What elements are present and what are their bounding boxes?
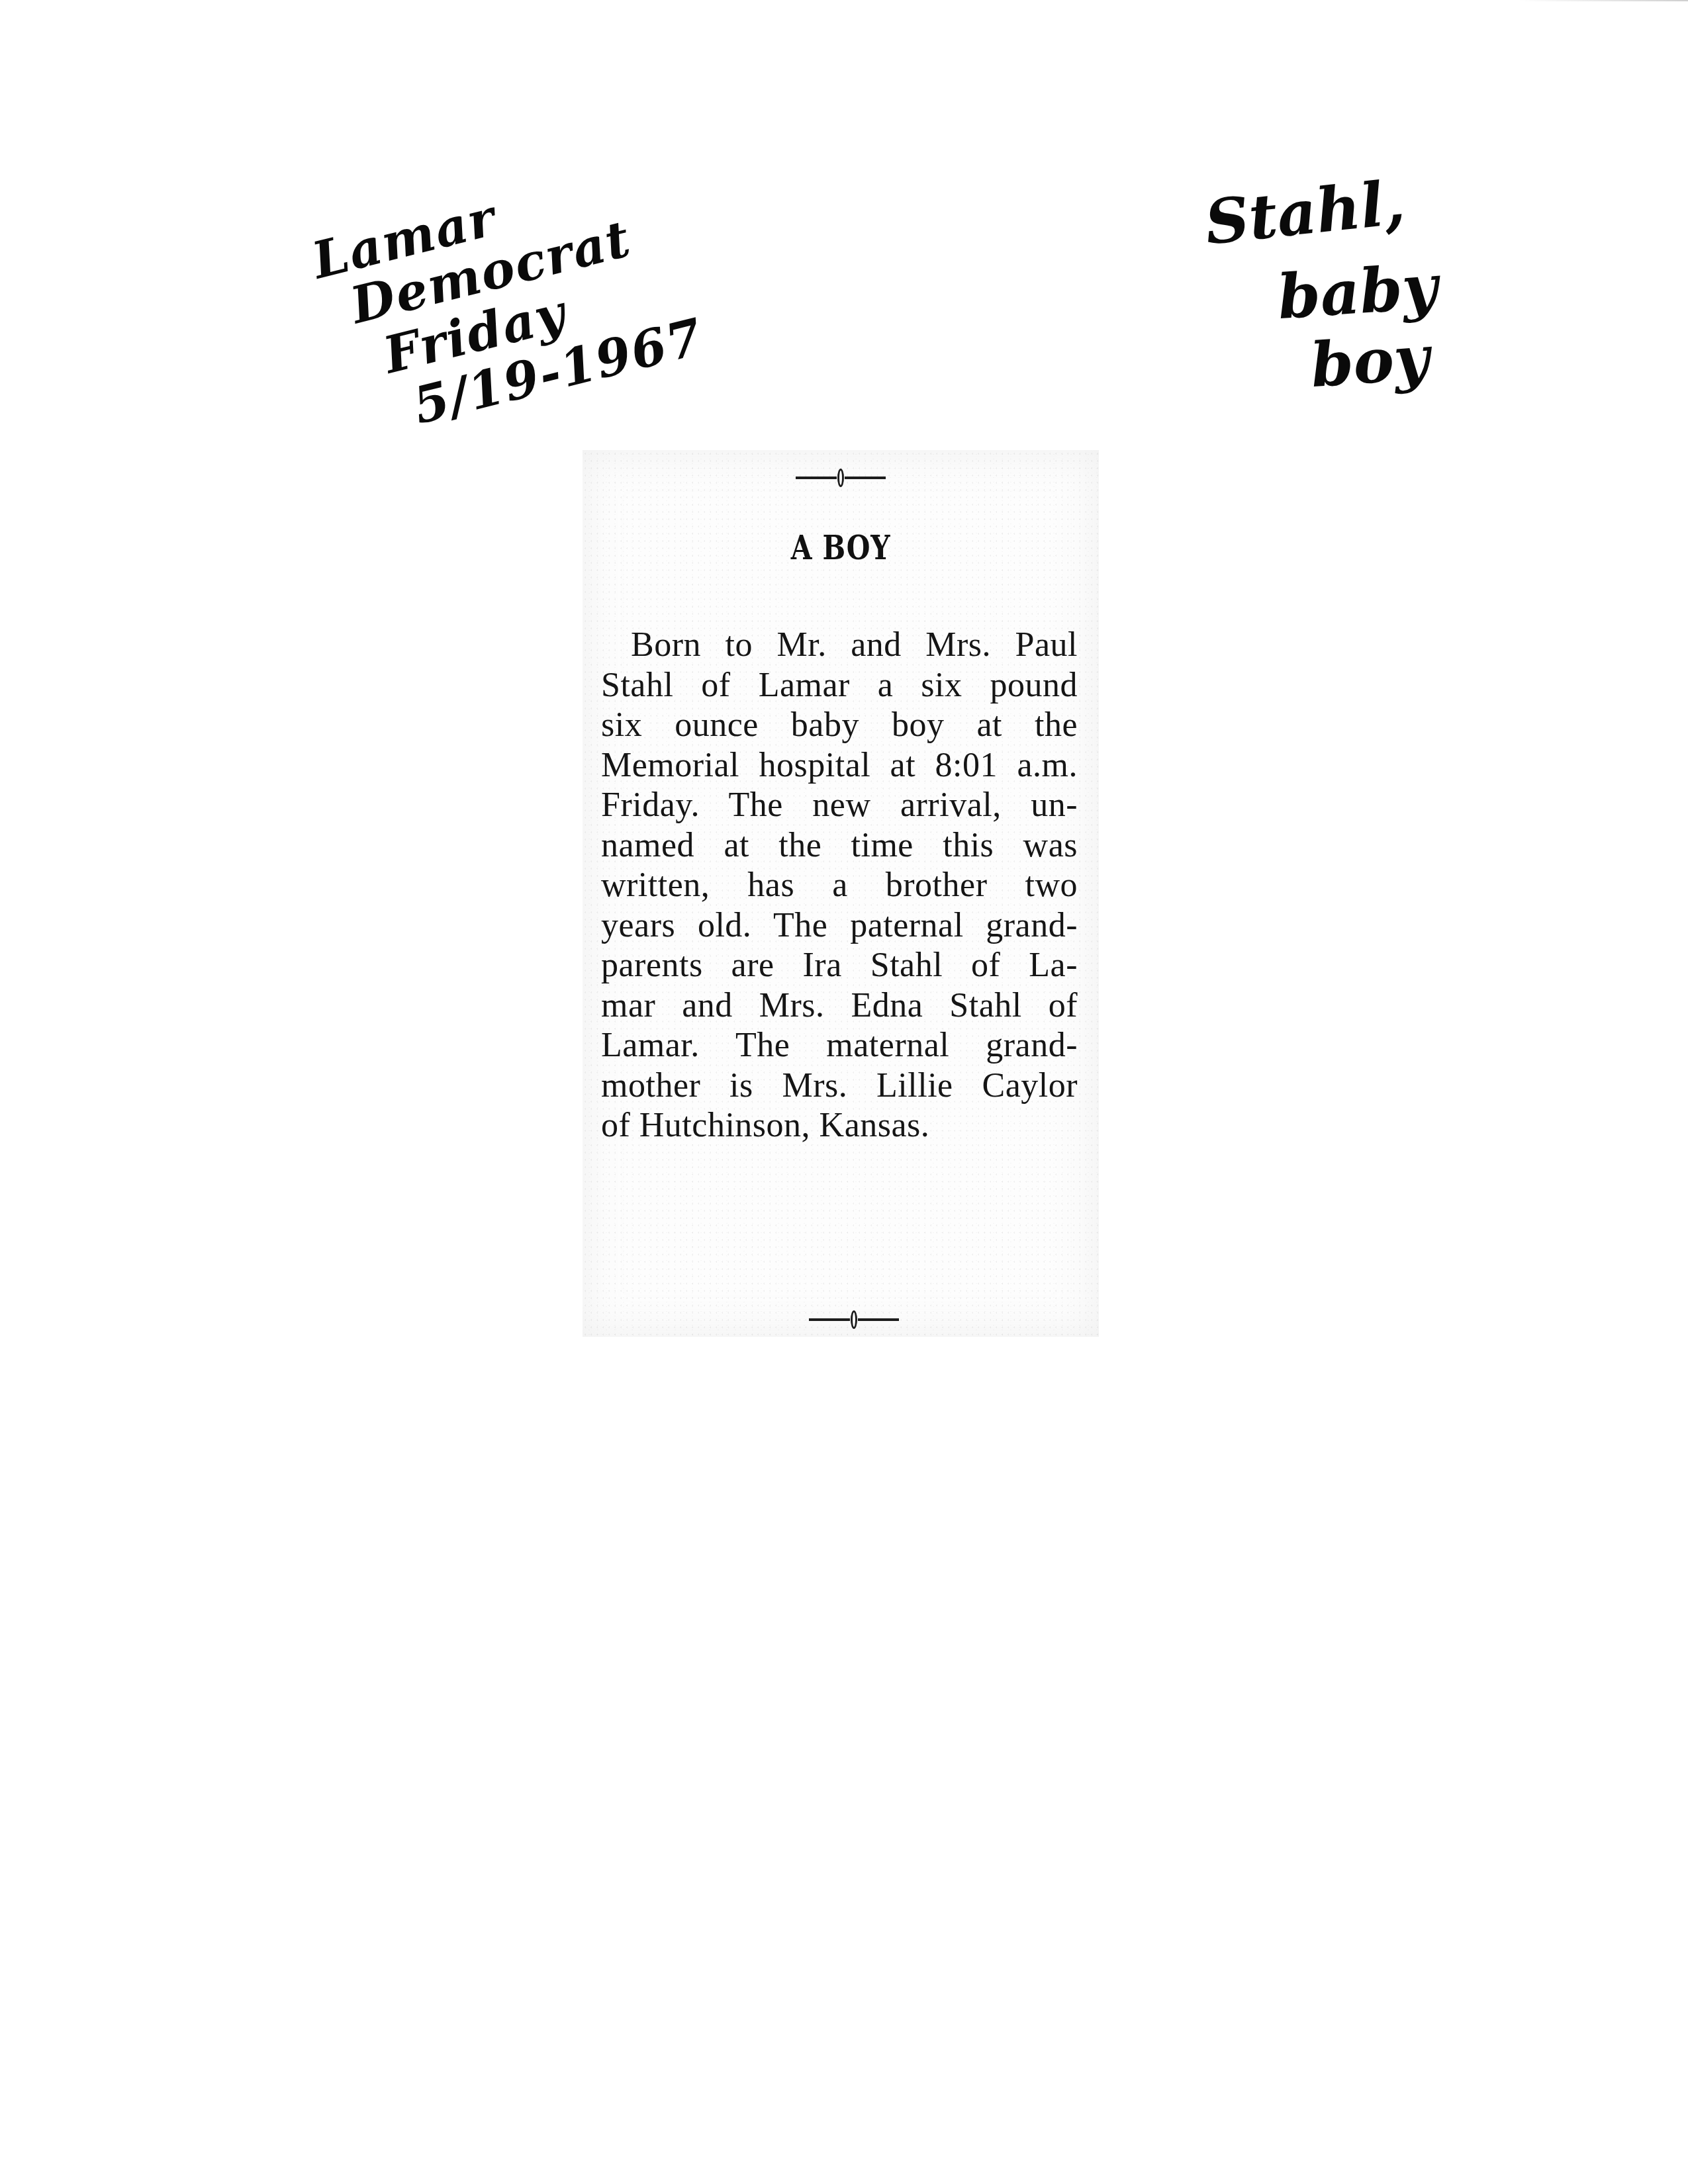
divider-rule [796,477,837,479]
clipping-line: of Hutchinson, Kansas. [601,1106,1078,1146]
handwritten-source-note: Lamar Democrat Friday 5/19-1967 [301,122,718,443]
clipping-line: Lamar. The maternal grand- [601,1026,1078,1066]
top-divider-ornament [796,469,886,487]
divider-oval-icon [837,469,844,487]
divider-rule [845,477,886,479]
clipping-line: mother is Mrs. Lillie Caylor [601,1066,1078,1107]
divider-rule [858,1318,899,1321]
clipping-line: written, has a brother two [601,866,1078,906]
clipping-headline: A BOY [629,528,1053,567]
clipping-line: Memorial hospital at 8:01 a.m. [601,746,1078,786]
clipping-line: named at the time this was [601,826,1078,866]
divider-rule [809,1318,850,1321]
newspaper-clipping: A BOY Born to Mr. and Mrs. Paul Stahl of… [583,450,1099,1337]
clipping-body: Born to Mr. and Mrs. Paul Stahl of Lamar… [601,625,1078,1146]
clipping-line: Stahl of Lamar a six pound [601,666,1078,706]
handwritten-line-boy: boy [1309,327,1431,396]
handwritten-subject-note: Stahl, baby boy [1205,169,1456,394]
page-top-edge [0,0,1688,1]
clipping-line: parents are Ira Stahl of La- [601,946,1078,986]
clipping-line: mar and Mrs. Edna Stahl of [601,986,1078,1026]
clipping-line: Friday. The new arrival, un- [601,786,1078,826]
clipping-line: years old. The paternal grand- [601,906,1078,946]
clipping-line: Born to Mr. and Mrs. Paul [601,625,1078,666]
handwritten-line-baby: baby [1276,256,1440,328]
clipping-line: six ounce baby boy at the [601,705,1078,746]
divider-oval-icon [851,1310,857,1329]
handwritten-line-surname: Stahl, [1202,171,1407,253]
bottom-divider-ornament [809,1310,899,1329]
